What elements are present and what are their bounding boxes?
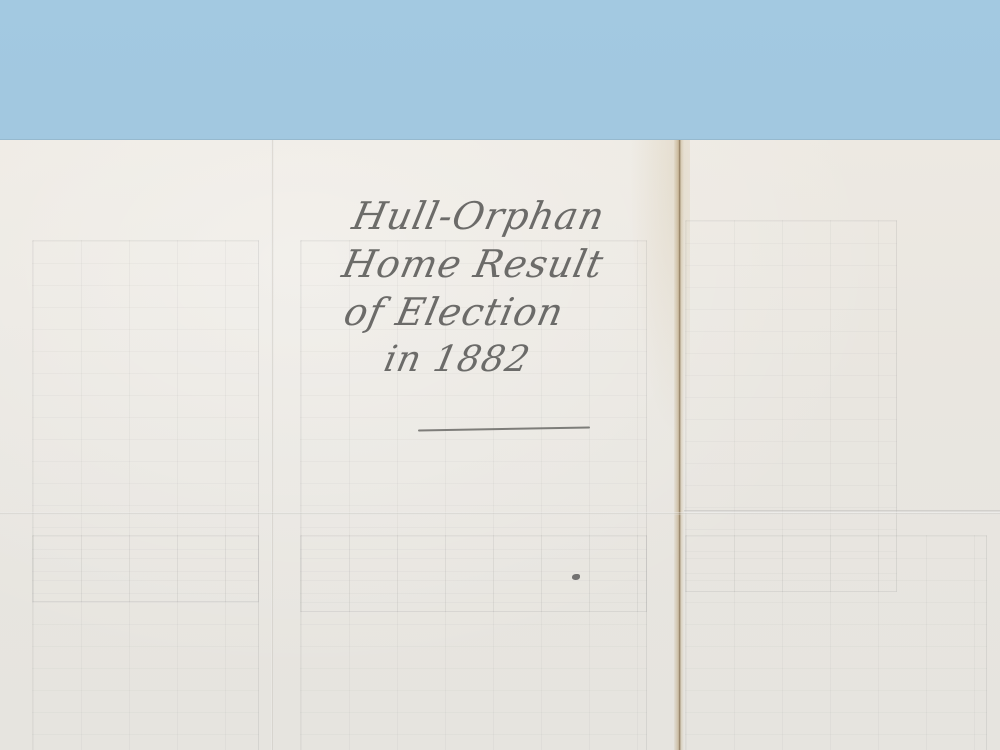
show-through-table (32, 535, 259, 750)
handwriting-line: in 1882 (380, 336, 650, 384)
show-through-table (685, 535, 987, 750)
stained-fold-crease (674, 140, 684, 750)
show-through-table (300, 535, 647, 750)
handwriting-line: Home Result (338, 240, 670, 288)
horizontal-fold-crease-right (684, 510, 1000, 513)
handwriting-line: Hull-Orphan (348, 192, 680, 240)
vertical-fold-crease (271, 140, 274, 750)
ink-blot (572, 574, 580, 580)
photo-stage: Hull-Orphan Home Result of Election in 1… (0, 0, 1000, 750)
handwritten-annotation: Hull-Orphan Home Result of Election in 1… (310, 192, 681, 384)
handwriting-line: of Election (340, 288, 660, 336)
document-sheet: Hull-Orphan Home Result of Election in 1… (0, 140, 1000, 750)
